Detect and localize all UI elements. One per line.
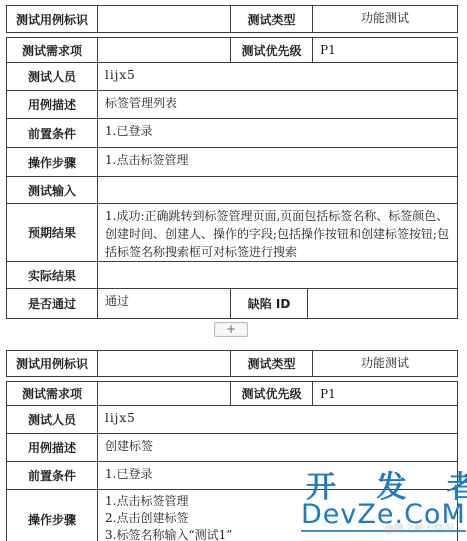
test-type-value: 功能测试: [313, 351, 457, 376]
pass-value: 通过: [98, 289, 231, 318]
table-row: 操作步骤 1.点击标签管理: [7, 148, 457, 177]
add-row-button[interactable]: +: [214, 322, 248, 337]
table-row: 测试需求项 测试优先级 P1: [7, 38, 457, 63]
test-input-value: [98, 177, 457, 203]
table-row: 预期结果 1.成功:正确跳转到标签管理页面,页面包括标签名称、标签颜色、创建时间…: [7, 204, 457, 262]
priority-label: 测试优先级: [231, 382, 313, 405]
requirement-label: 测试需求项: [7, 38, 98, 62]
table-row: 测试人员 lijx5: [7, 63, 457, 91]
tester-label: 测试人员: [7, 63, 98, 90]
actual-result-value: [98, 262, 457, 288]
precondition-label: 前置条件: [7, 462, 98, 489]
table-row: 是否通过 通过 缺陷 ID: [7, 289, 457, 318]
table-row: 测试用例标识 测试类型 功能测试: [7, 6, 457, 32]
steps-label: 操作步骤: [7, 148, 98, 176]
steps-label: 操作步骤: [7, 490, 98, 541]
table1-body: 测试需求项 测试优先级 P1 测试人员 lijx5 用例描述 标签管理列表 前置…: [6, 37, 458, 319]
table-row: 测试输入: [7, 177, 457, 204]
table-row: 测试用例标识 测试类型 功能测试: [7, 351, 457, 376]
precondition-value: 1.已登录: [98, 119, 457, 147]
defect-id-label: 缺陷 ID: [231, 289, 308, 318]
requirement-label: 测试需求项: [7, 382, 98, 405]
table-row: 前置条件 1.已登录: [7, 119, 457, 148]
case-desc-value: 创建标签: [98, 434, 457, 461]
defect-id-value: [308, 289, 457, 318]
table-row: 用例描述 标签管理列表: [7, 91, 457, 119]
case-desc-label: 用例描述: [7, 91, 98, 118]
test-input-label: 测试输入: [7, 177, 98, 203]
table-row: 测试需求项 测试优先级 P1: [7, 382, 457, 406]
table2-header-strip: 测试用例标识 测试类型 功能测试: [6, 350, 458, 377]
test-type-label: 测试类型: [231, 351, 313, 376]
pass-label: 是否通过: [7, 289, 98, 318]
tester-value: lijx5: [98, 63, 457, 90]
steps-value: 1.点击标签管理: [98, 148, 457, 176]
requirement-value: [98, 38, 231, 62]
priority-value: P1: [313, 382, 457, 405]
test-case-id-value: [98, 6, 231, 32]
test-case-id-value: [98, 351, 231, 376]
case-desc-label: 用例描述: [7, 434, 98, 461]
case-desc-value: 标签管理列表: [98, 91, 457, 118]
expected-result-value: 1.成功:正确跳转到标签管理页面,页面包括标签名称、标签颜色、创建时间、创建人、…: [98, 204, 457, 261]
table-row: 实际结果: [7, 262, 457, 289]
expected-result-label: 预期结果: [7, 204, 98, 261]
test-type-label: 测试类型: [231, 6, 313, 32]
watermark-subtext: @随之极力情况: [384, 520, 454, 535]
precondition-label: 前置条件: [7, 119, 98, 147]
priority-value: P1: [313, 38, 457, 62]
table-row: 测试人员 lijx5: [7, 406, 457, 434]
tester-label: 测试人员: [7, 406, 98, 433]
table-row: 用例描述 创建标签: [7, 434, 457, 462]
tester-value: lijx5: [98, 406, 457, 433]
test-case-id-label: 测试用例标识: [7, 6, 98, 32]
table1-header-strip: 测试用例标识 测试类型 功能测试: [6, 5, 458, 33]
priority-label: 测试优先级: [231, 38, 313, 62]
test-case-document: 测试用例标识 测试类型 功能测试 测试需求项 测试优先级 P1 测试人员 lij…: [0, 0, 467, 541]
test-case-id-label: 测试用例标识: [7, 351, 98, 376]
requirement-value: [98, 382, 231, 405]
test-type-value: 功能测试: [313, 6, 457, 32]
actual-result-label: 实际结果: [7, 262, 98, 288]
